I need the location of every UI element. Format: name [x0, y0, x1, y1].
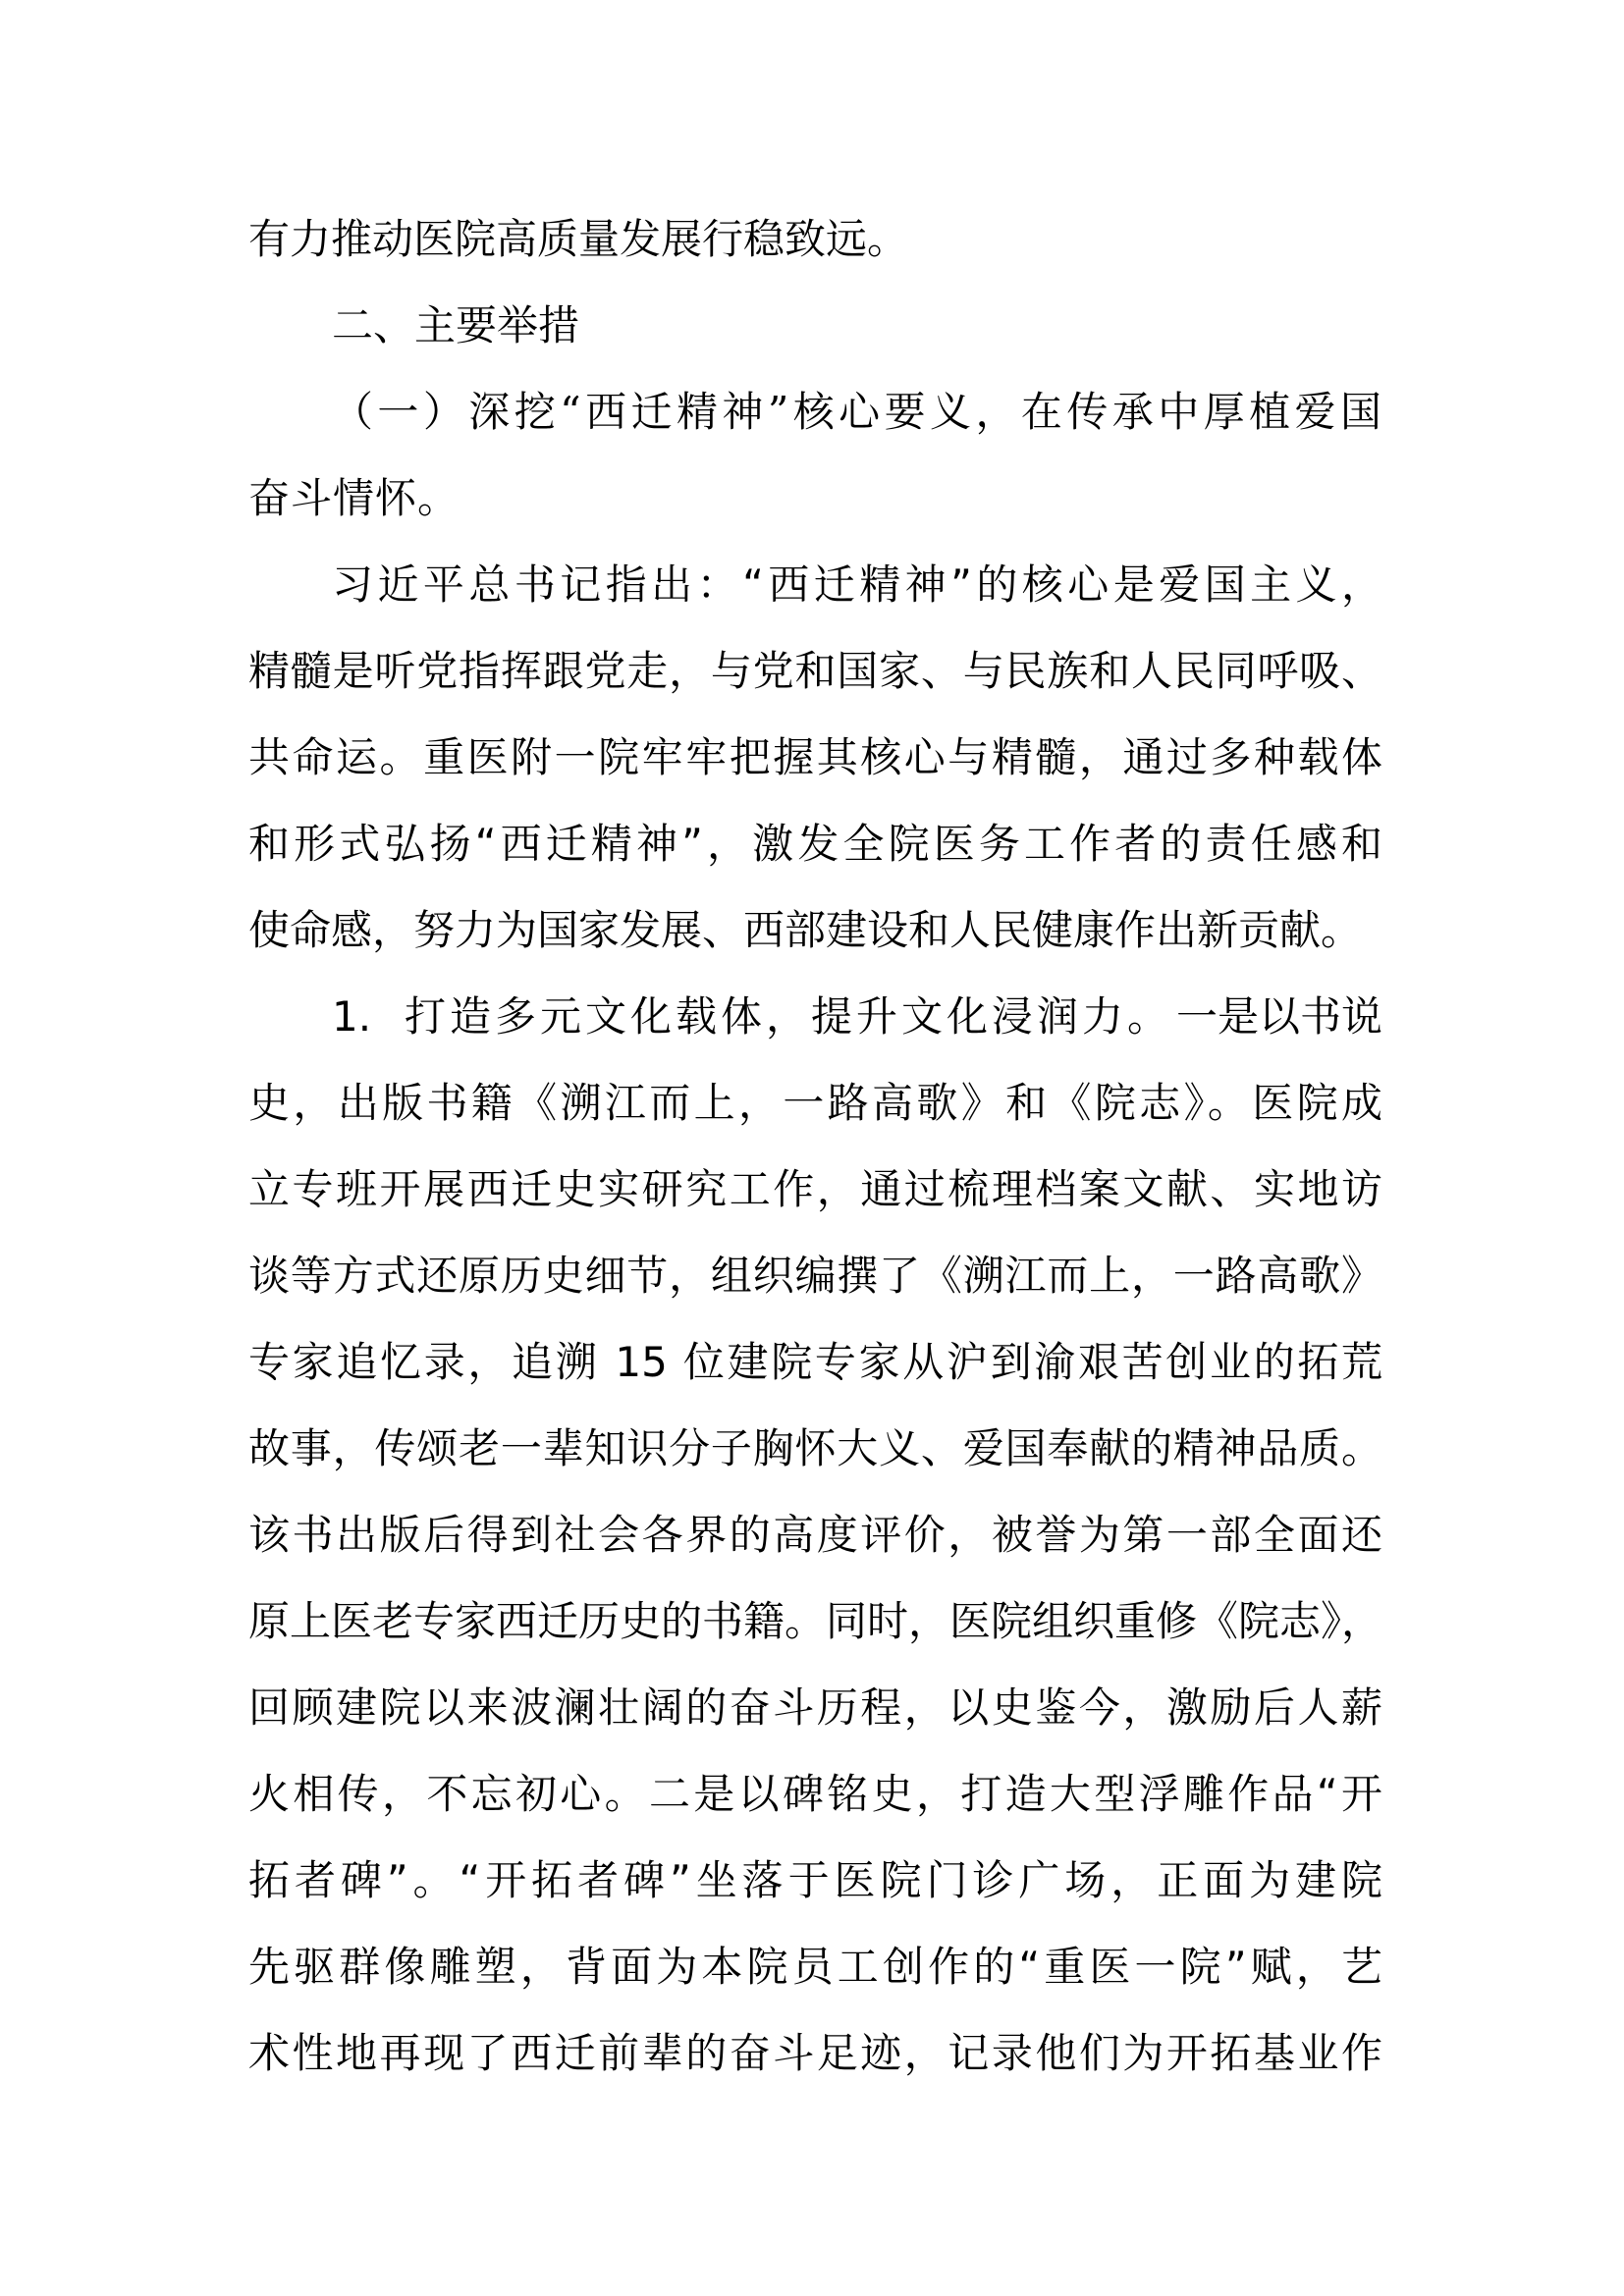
paragraph-line: 该书出版后得到社会各界的高度评价，被誉为第一部全面还 — [248, 1504, 1382, 1567]
item-heading: 打造多元文化载体，提升文化浸润力。 — [405, 986, 1172, 1048]
subsection-heading: （一）深挖“西迁精神”核心要义，在传承中厚植爱国 — [332, 381, 1382, 444]
paragraph-line: 专家追忆录，追溯 15 位建院专家从沪到渝艰苦创业的拓荒 — [248, 1331, 1382, 1394]
paragraph-line: 术性地再现了西迁前辈的奋斗足迹，记录他们为开拓基业作 — [248, 2022, 1382, 2085]
paragraph-line: 故事，传颂老一辈知识分子胸怀大义、爱国奉献的精神品质。 — [248, 1417, 1382, 1480]
paragraph-line: 有力推动医院高质量发展行稳致远。 — [248, 208, 1382, 271]
paragraph-line: 使命感，努力为国家发展、西部建设和人民健康作出新贡献。 — [248, 899, 1382, 962]
numbered-item-line: 1. 打造多元文化载体，提升文化浸润力。 一是以书说 — [332, 986, 1382, 1048]
paragraph-line: 火相传，不忘初心。二是以碑铭史，打造大型浮雕作品“开 — [248, 1763, 1382, 1826]
paragraph-line: 和形式弘扬“西迁精神”，激发全院医务工作者的责任感和 — [248, 813, 1382, 876]
paragraph-line: 史，出版书籍《溯江而上，一路高歌》和《院志》。医院成 — [248, 1072, 1382, 1135]
subsection-heading-cont: 奋斗情怀。 — [248, 467, 1382, 530]
paragraph-line: 习近平总书记指出：“西迁精神”的核心是爱国主义， — [332, 554, 1382, 616]
paragraph-line: 拓者碑”。“开拓者碑”坐落于医院门诊广场，正面为建院 — [248, 1849, 1382, 1912]
paragraph-line: 精髓是听党指挥跟党走，与党和国家、与民族和人民同呼吸、 — [248, 640, 1382, 703]
paragraph-line: 先驱群像雕塑，背面为本院员工创作的“重医一院”赋，艺 — [248, 1936, 1382, 1999]
section-heading: 二、主要举措 — [332, 294, 579, 357]
paragraph-line: 立专班开展西迁史实研究工作，通过梳理档案文献、实地访 — [248, 1158, 1382, 1221]
paragraph-line: 回顾建院以来波澜壮阔的奋斗历程，以史鉴今，激励后人薪 — [248, 1677, 1382, 1739]
paragraph-line: 共命运。重医附一院牢牢把握其核心与精髓，通过多种载体 — [248, 726, 1382, 789]
document-page: 有力推动医院高质量发展行稳致远。 二、主要举措 （一）深挖“西迁精神”核心要义，… — [0, 0, 1624, 2296]
paragraph-line: 谈等方式还原历史细节，组织编撰了《溯江而上，一路高歌》 — [248, 1245, 1382, 1308]
paragraph-line: 原上医老专家西迁历史的书籍。同时，医院组织重修《院志》， — [248, 1590, 1382, 1653]
item-number: 1. — [332, 986, 371, 1048]
item-text: 一是以书说 — [1176, 986, 1382, 1048]
